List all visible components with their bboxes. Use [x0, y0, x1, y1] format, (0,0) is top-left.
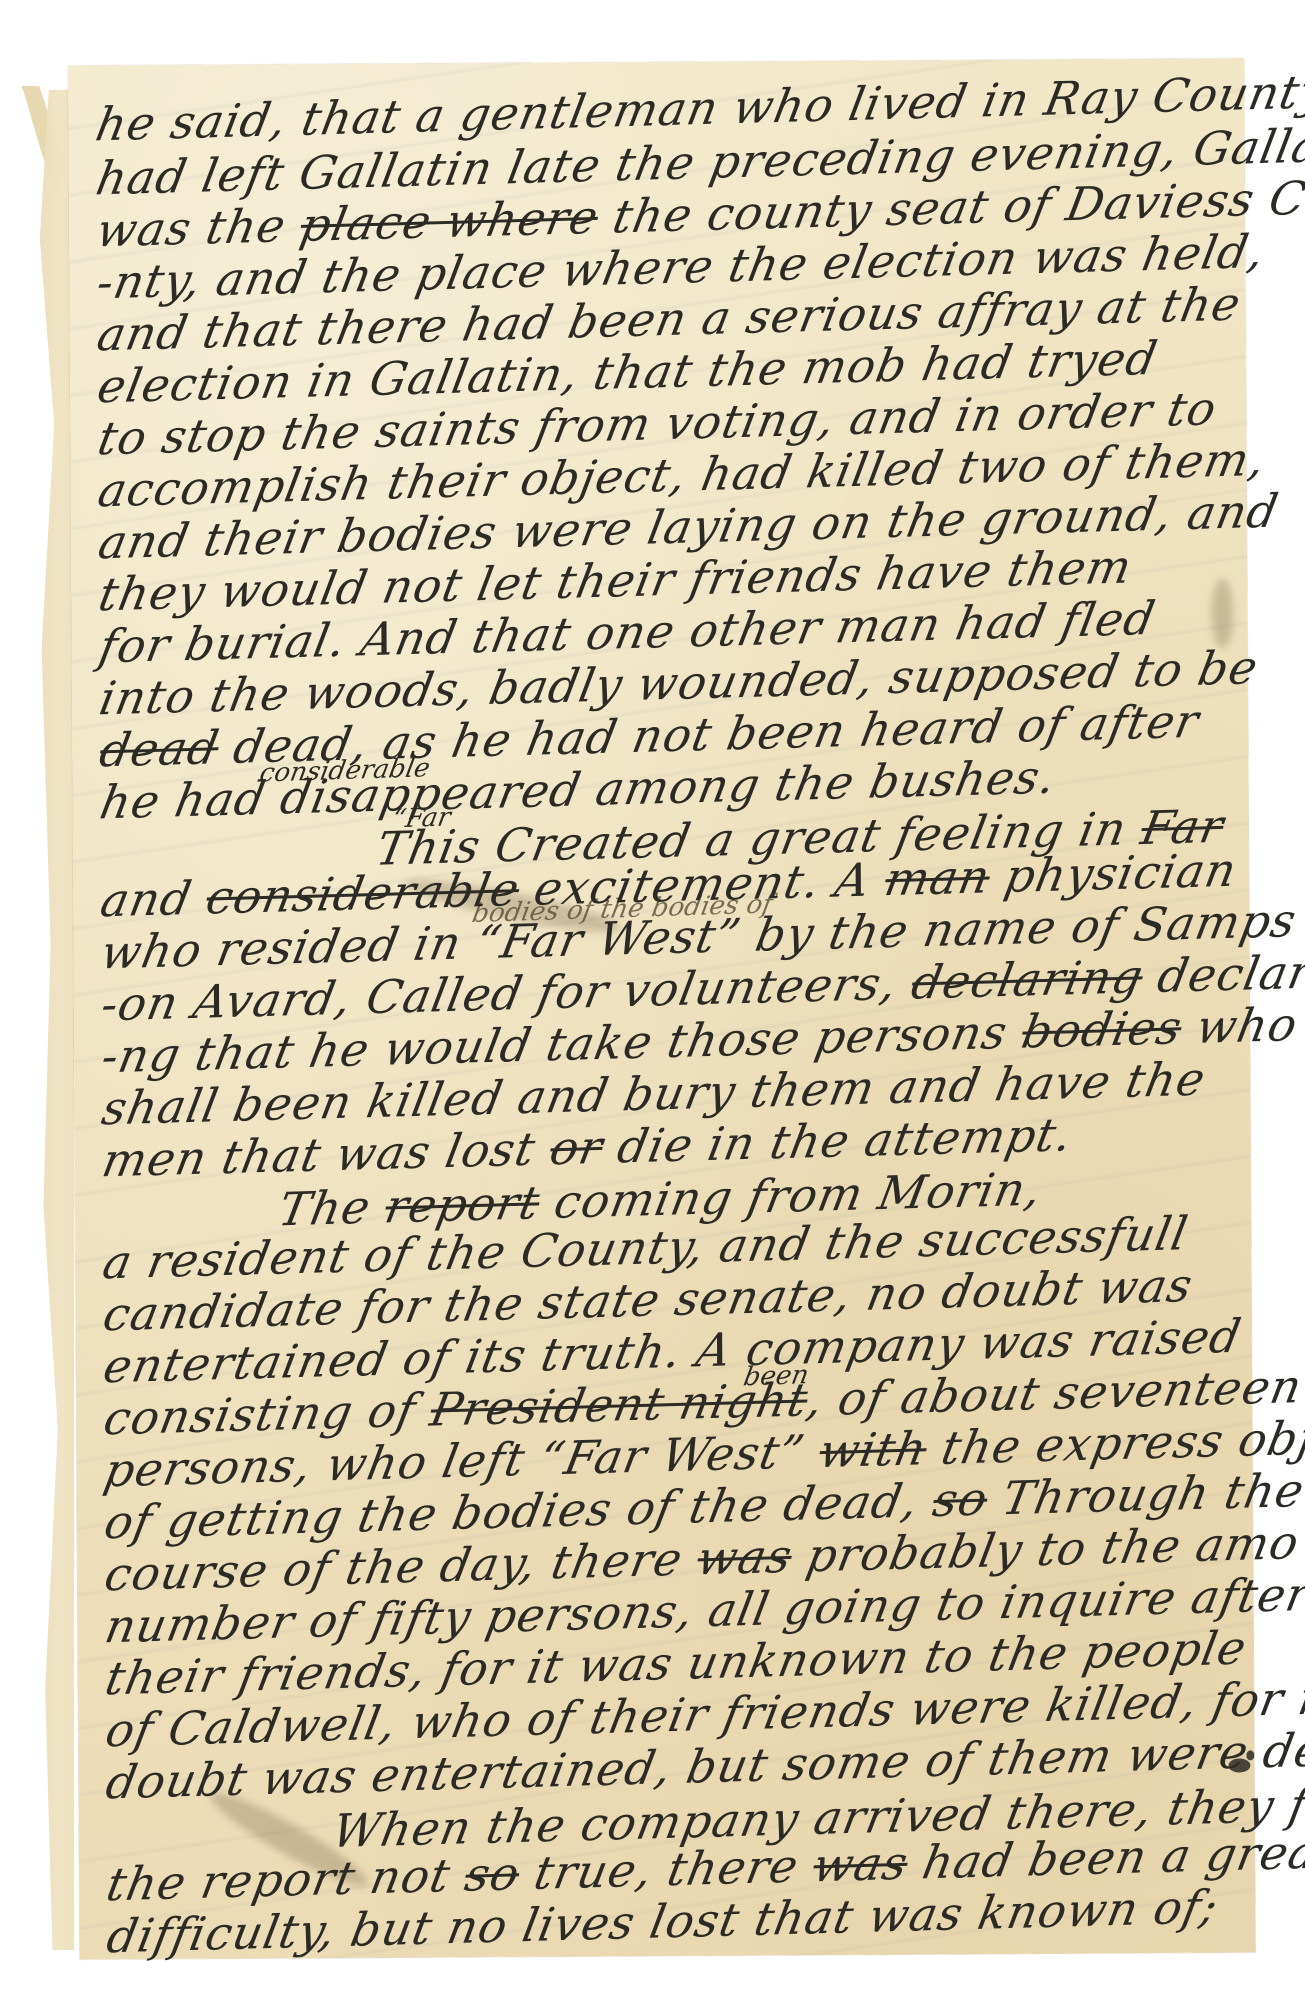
line-text: and [97, 871, 213, 928]
torn-left-edge [38, 90, 74, 1950]
line-text: declari [1138, 944, 1305, 1003]
manuscript-page-bottom: difficulty, but no lives lost that was k… [68, 1680, 1244, 1960]
line-text: was the [92, 198, 306, 258]
deleted-text: dead [96, 720, 224, 777]
deleted-text: with [815, 1421, 932, 1478]
ink-smudge [1211, 578, 1233, 648]
line-text: physician [985, 843, 1242, 904]
deleted-text: bodies [1018, 1000, 1187, 1058]
line-text: who [1177, 997, 1303, 1054]
deleted-text: was [693, 1529, 797, 1586]
deleted-text: man [881, 849, 995, 906]
deleted-text: declaring [907, 949, 1147, 1009]
